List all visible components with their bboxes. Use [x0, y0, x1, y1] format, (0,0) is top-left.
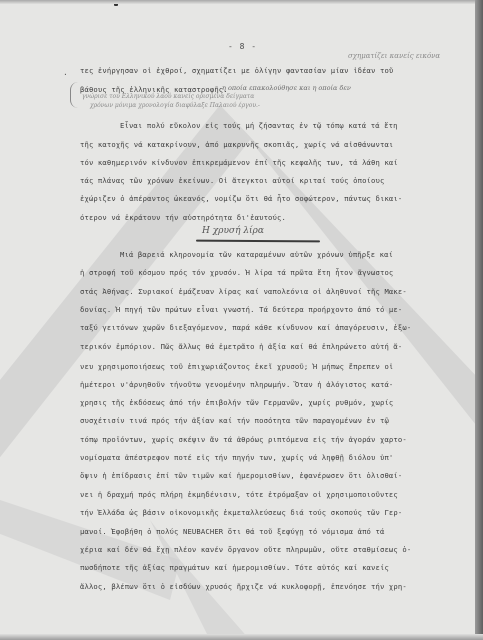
text-line: στάς Ἀθήνας. Συριακοί ἐμάζευαν λίρας καί…: [80, 287, 407, 296]
text-line: ἡ στροφή τοῦ κόσμου πρός τόν χρυσόν. Ἡ λ…: [80, 268, 393, 277]
text-line: νευ χρησιμοποιήσεως τοῦ ἐπιχωριάζοντος ἐ…: [80, 362, 393, 371]
text-line: νομίσματα ἀπέστρεφον ποτέ εἰς τήν πηγήν …: [80, 453, 393, 462]
text-line: Μιά βαρειά κληρονομία τῶν καταραμένων αὐ…: [120, 250, 393, 259]
bullet-mark: .: [63, 68, 68, 77]
page-number: - 8 -: [228, 42, 257, 51]
handwritten-insert-line: χρόνων μόνιμα χρονολογία διαφύλαξε Παλαι…: [90, 102, 260, 109]
text-line: τήν Ἑλλάδα ὡς βάσιν οἰκονομικῆς ἐκμεταλλ…: [80, 508, 402, 517]
text-line: ἄλλος, βλέπων ὅτι ὁ εἰσδύων χρυσός ἤρχιζ…: [80, 582, 407, 591]
margin-note-top: σχηματίζει κανείς εικόνα: [348, 52, 440, 60]
scan-right-edge: [475, 0, 483, 640]
scan-bottom-edge: [0, 634, 483, 640]
text-line: τόν καθημερινόν κίνδυνον ἐπικρεμάμενον ἐ…: [80, 158, 398, 167]
insert-brace: [70, 82, 79, 108]
text-line: τῆς κατοχῆς νά κατακρίνουν, ἀπό μακρυνῆς…: [80, 140, 393, 149]
text-line: νει ἡ δραχμή πρός πλήρη ἐκμηδένισιν, τότ…: [80, 490, 398, 499]
text-line: μανοί. Ἐφοβήθη ὁ πολύς NEUBACHER ὅτι θά …: [80, 527, 384, 536]
heading-underline: [196, 240, 320, 243]
text-line: πωσδήποτε τῆς ἀξίας πραγμάτων καί ἡμερομ…: [80, 563, 389, 572]
text-line: τερικόν ἐμπόριον. Πῶς ἄλλως θά ἐμετρᾶτο …: [80, 342, 402, 351]
document-page: - 8 - σχηματίζει κανείς εικόνα . τες ἐνή…: [0, 0, 475, 640]
text-line: ἡμέτεροι ν'ἀρνηθοῦν τήνοῦτω γενομένην πλ…: [80, 380, 393, 389]
text-line: τες ἐνήργησαν οἱ ἐχθροί, σχηματίζει με ὀ…: [80, 66, 393, 75]
text-line: δονίας. Ἡ πηγή τῶν πρώτων εἶναι γνωστή. …: [80, 305, 402, 314]
section-heading: Η χρυσή λίρα: [202, 226, 264, 236]
handwritten-insert-line: γνώρισε του Ελληνικού λαού κανείς ορισμέ…: [82, 93, 254, 100]
text-line: τάς πλάνας τῶν χρόνων ἐκείνων. Οἱ ἄτεγκτ…: [80, 176, 384, 185]
text-line: συσχέτισίν τινά πρός τήν ἀξίαν καί τήν π…: [80, 416, 389, 425]
text-line: ὄψιν ἡ ἐπίδρασις ἐπί τῶν τιμῶν καί ἡμερο…: [80, 471, 402, 480]
text-line: Εἶναι πολύ εὔκολον εἰς τούς μή ζήσαντας …: [120, 121, 398, 130]
text-line: ἐχώριζεν ὁ ἀπέραντος ὠκεανός, νομίζω ὅτι…: [80, 194, 402, 203]
scan-top-edge: [0, 0, 483, 4]
text-line: ότερον νά ἐκράτουν τήν αὐστηρότητα δι'ἑα…: [80, 213, 286, 222]
text-line: χρησις τῆς ἐκδόσεως ἀπό τήν ἐπιβολήν τῶν…: [80, 398, 393, 407]
text-line: ταξύ γειτόνων χωρῶν διεξαγόμενον, παρά κ…: [80, 323, 411, 332]
text-line: χέρια καί δέν θά ἔχῃ πλέον κανέν ὄργανον…: [80, 545, 411, 554]
text-line: τόπῳ προϊόντων, χωρίς σκέψιν ἄν τά ἀθρόω…: [80, 435, 407, 444]
handwritten-insert-line: η οποία επακολούθησε και η οποία δεν: [222, 84, 351, 92]
